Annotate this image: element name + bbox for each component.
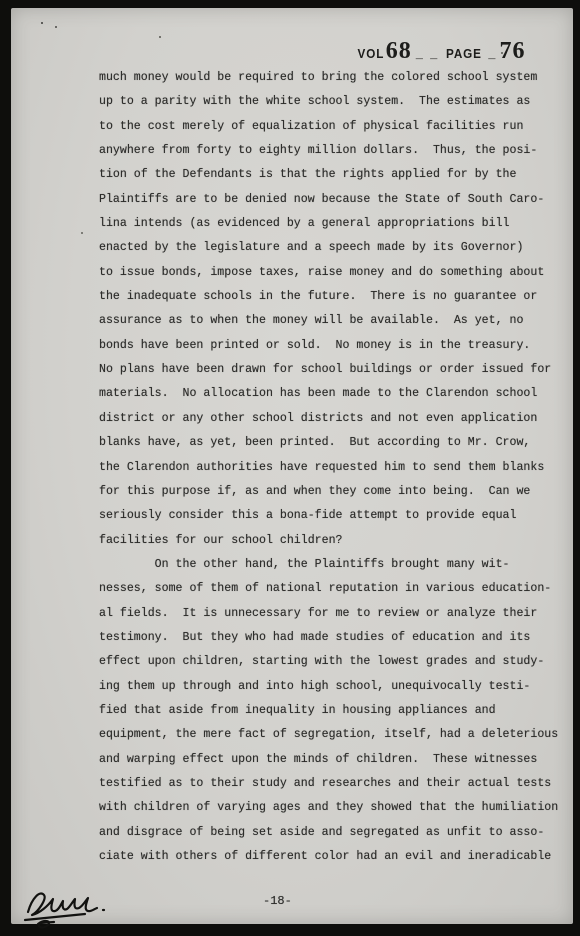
- text-line: to the cost merely of equalization of ph…: [99, 115, 569, 139]
- text-line: materials. No allocation has been made t…: [99, 382, 569, 406]
- stamp-dash: _: [488, 48, 495, 62]
- text-line: seriously consider this a bona-fide atte…: [99, 504, 569, 528]
- text-line: district or any other school districts a…: [99, 407, 569, 431]
- footer-page-number: -18-: [263, 894, 292, 908]
- volume-page-stamp: VOL 68 _ _ PAGE _ 76: [356, 38, 525, 65]
- text-line: anywhere from forty to eighty million do…: [99, 139, 569, 163]
- text-line: effect upon children, starting with the …: [99, 650, 569, 674]
- text-line: assurance as to when the money will be a…: [99, 309, 569, 333]
- stamp-dashes: _ _: [416, 48, 438, 62]
- text-line: No plans have been drawn for school buil…: [99, 358, 569, 382]
- text-line: facilities for our school children?: [99, 529, 569, 553]
- text-line: and warping effect upon the minds of chi…: [99, 748, 569, 772]
- page-number-stamp: 76: [499, 38, 525, 65]
- text-line: equipment, the mere fact of segregation,…: [99, 723, 569, 747]
- document-page: VOL 68 _ _ PAGE _ 76 much money would be…: [11, 8, 573, 924]
- text-line: On the other hand, the Plaintiffs brough…: [99, 553, 569, 577]
- text-line: the Clarendon authorities have requested…: [99, 456, 569, 480]
- text-line: al fields. It is unnecessary for me to r…: [99, 602, 569, 626]
- text-line: ciate with others of different color had…: [99, 845, 569, 869]
- text-line: testified as to their study and research…: [99, 772, 569, 796]
- text-line: to issue bonds, impose taxes, raise mone…: [99, 261, 569, 285]
- scanned-document-frame: VOL 68 _ _ PAGE _ 76 much money would be…: [0, 0, 580, 936]
- text-line: testimony. But they who had made studies…: [99, 626, 569, 650]
- vol-label: VOL: [357, 46, 384, 61]
- text-line: with children of varying ages and they s…: [99, 796, 569, 820]
- handwritten-initials-icon: [21, 882, 121, 934]
- text-line: up to a parity with the white school sys…: [99, 90, 569, 114]
- text-line: blanks have, as yet, been printed. But a…: [99, 431, 569, 455]
- text-line: enacted by the legislature and a speech …: [99, 236, 569, 260]
- text-line: and disgrace of being set aside and segr…: [99, 821, 569, 845]
- text-line: bonds have been printed or sold. No mone…: [99, 334, 569, 358]
- text-line: tion of the Defendants is that the right…: [99, 163, 569, 187]
- text-line: much money would be required to bring th…: [99, 66, 569, 90]
- text-line: ing them up through and into high school…: [99, 675, 569, 699]
- text-line: lina intends (as evidenced by a general …: [99, 212, 569, 236]
- page-label: PAGE: [446, 46, 482, 61]
- text-line: Plaintiffs are to be denied now because …: [99, 188, 569, 212]
- text-line: fied that aside from inequality in housi…: [99, 699, 569, 723]
- text-line: for this purpose if, as and when they co…: [99, 480, 569, 504]
- text-line: nesses, some of them of national reputat…: [99, 577, 569, 601]
- vol-number: 68: [386, 38, 412, 65]
- scan-noise-specks: [41, 22, 43, 24]
- typed-text-block: much money would be required to bring th…: [99, 66, 569, 869]
- text-line: the inadequate schools in the future. Th…: [99, 285, 569, 309]
